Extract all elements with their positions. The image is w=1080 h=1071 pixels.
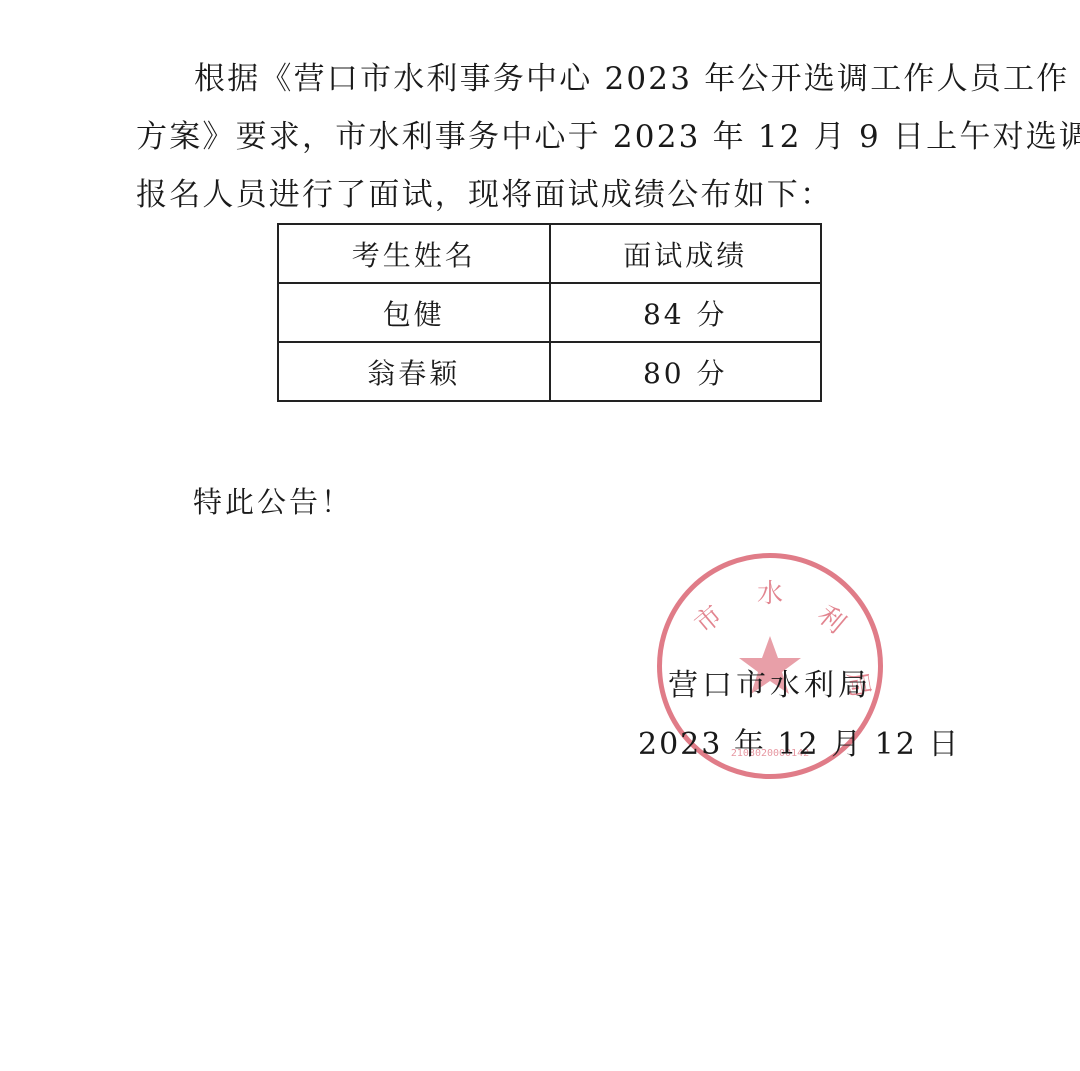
header-interview-score: 面试成绩 — [550, 224, 822, 283]
body-line-3: 报名人员进行了面试，现将面试成绩公布如下： — [136, 166, 966, 224]
interview-score-table: 考生姓名 面试成绩 包健 84 分 翁春颖 80 分 — [277, 223, 822, 402]
table-row: 包健 84 分 — [278, 283, 821, 342]
header-candidate-name: 考生姓名 — [278, 224, 550, 283]
seal-char: 市 — [689, 600, 728, 640]
candidate-name: 包健 — [278, 283, 550, 342]
seal-char: 利 — [812, 600, 851, 640]
candidate-score: 84 分 — [550, 283, 822, 342]
closing-statement: 特此公告！ — [193, 480, 353, 521]
candidate-score: 80 分 — [550, 342, 822, 401]
body-line-2: 方案》要求，市水利事务中心于 2023 年 12 月 9 日上午对选调 — [136, 108, 966, 166]
signature-date: 2023 年 12 月 12 日 — [638, 719, 960, 763]
announcement-body: 根据《营口市水利事务中心 2023 年公开选调工作人员工作 方案》要求，市水利事… — [136, 50, 966, 224]
table-row: 翁春颖 80 分 — [278, 342, 821, 401]
table-header-row: 考生姓名 面试成绩 — [278, 224, 821, 283]
signature-organization: 营口市水利局 — [668, 660, 872, 704]
candidate-name: 翁春颖 — [278, 342, 550, 401]
body-line-1: 根据《营口市水利事务中心 2023 年公开选调工作人员工作 — [136, 50, 966, 108]
seal-char: 水 — [757, 579, 783, 609]
